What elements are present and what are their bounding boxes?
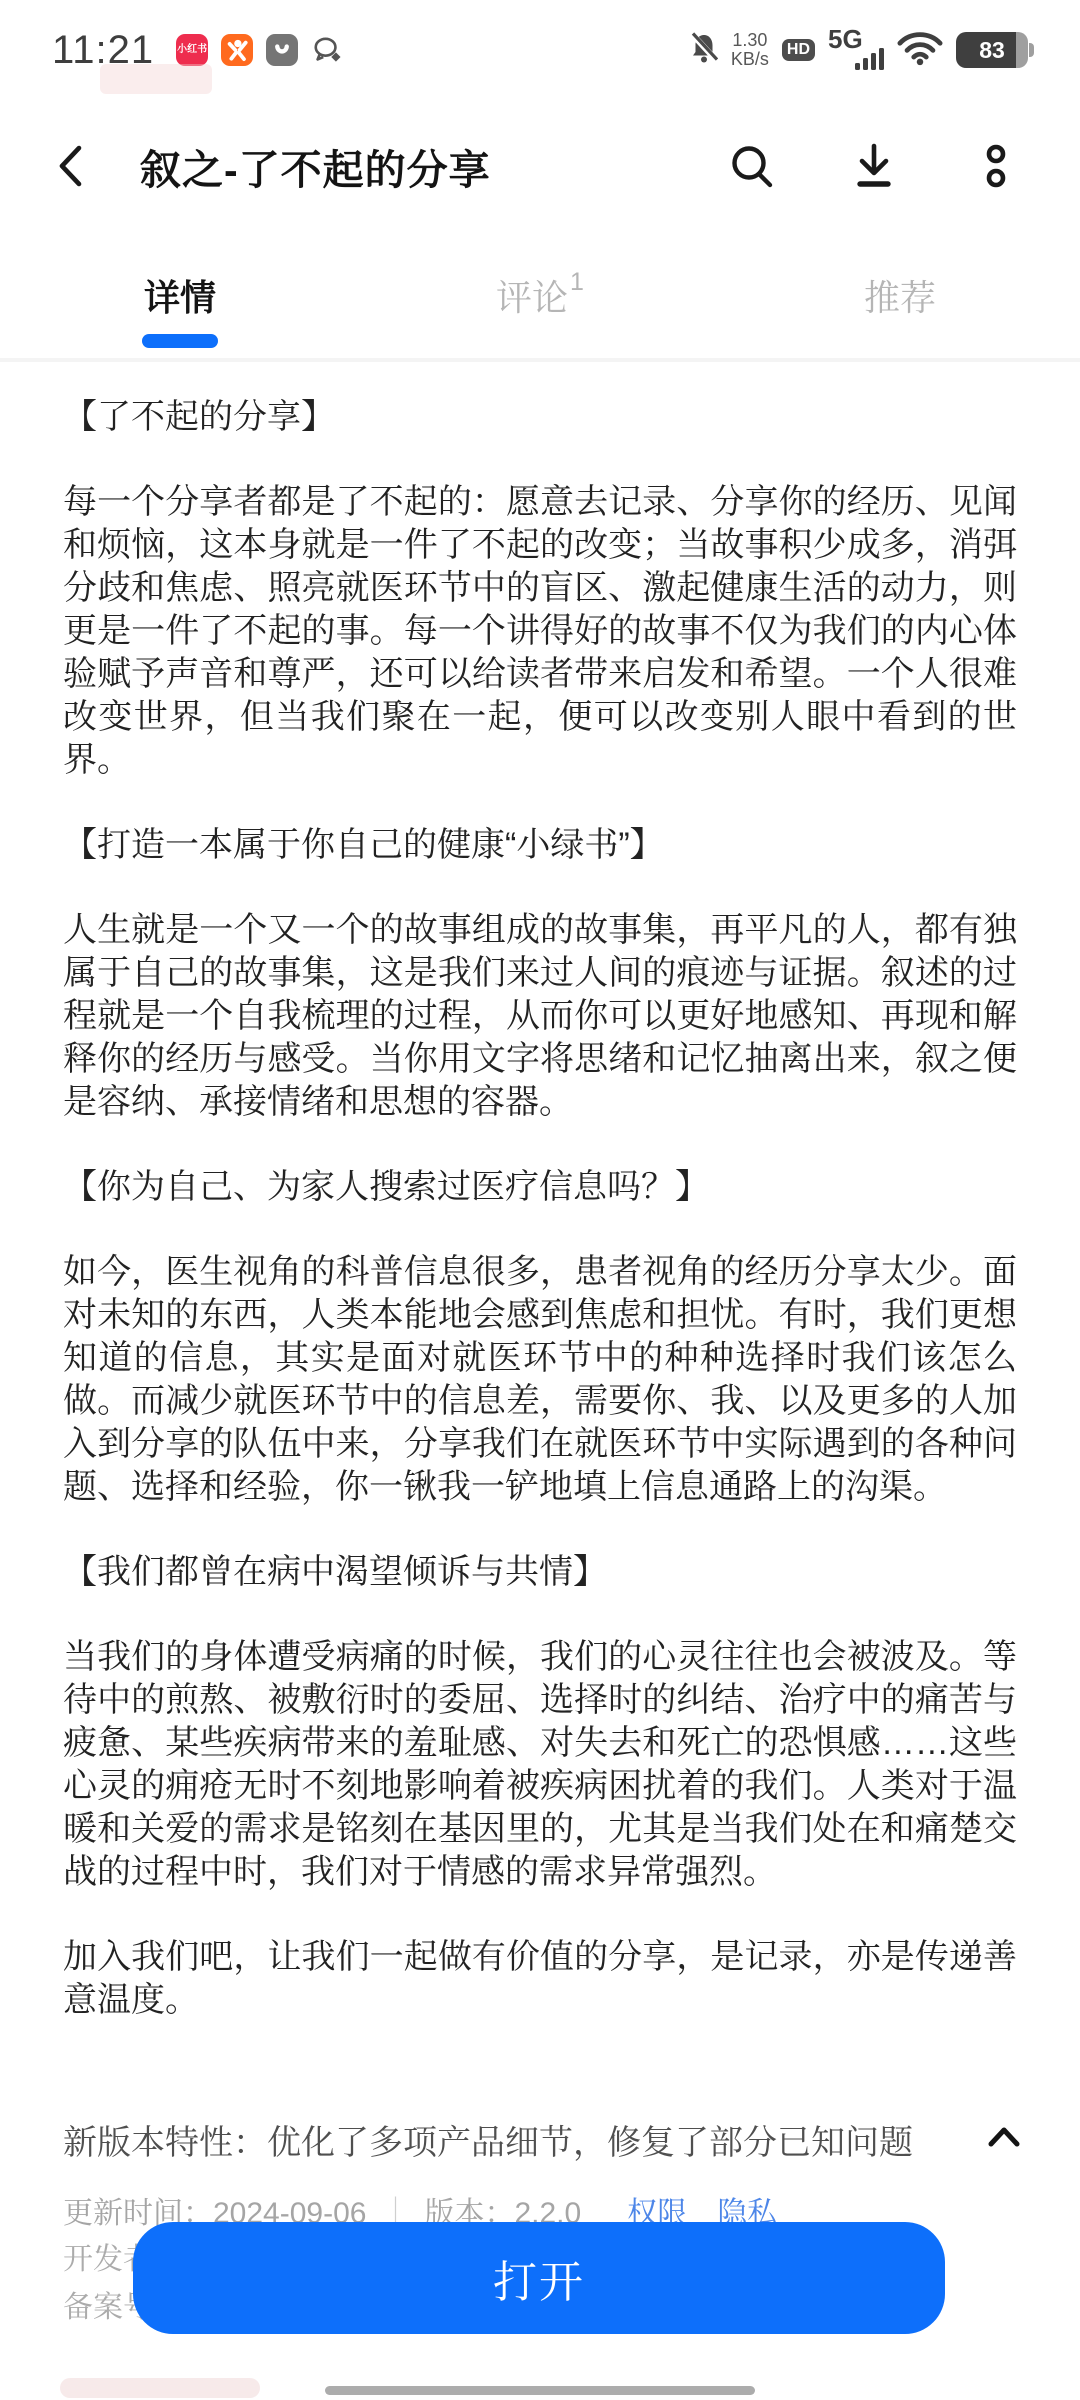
xiaohongshu-notification-icon: 小红书: [176, 34, 208, 66]
battery-indicator: 83: [956, 32, 1034, 68]
active-tab-underline: [142, 334, 218, 348]
home-indicator[interactable]: [325, 2386, 755, 2395]
paragraph: 如今，医生视角的科普信息很多，患者视角的经历分享太少。面对未知的东西，人类本能地…: [63, 1251, 1017, 1509]
tab-comments[interactable]: 评论 1: [360, 252, 720, 358]
more-options-button[interactable]: [968, 138, 1024, 194]
open-app-button-label: 打开: [493, 2246, 585, 2310]
comments-count-badge: 1: [570, 268, 584, 297]
open-app-button[interactable]: 打开: [133, 2222, 945, 2334]
back-button[interactable]: [44, 138, 100, 194]
section-heading: 【打造一本属于你自己的健康“小绿书”】: [63, 824, 1017, 867]
tab-bar: 详情 评论 1 推荐: [0, 252, 1080, 358]
paragraph: 每一个分享者都是了不起的：愿意去记录、分享你的经历、见闻和烦恼，这本身就是一件了…: [63, 481, 1017, 782]
tab-comments-label: 评论: [496, 270, 568, 321]
status-indicators: 1.30 KB/s HD 5G: [690, 28, 1034, 72]
search-button[interactable]: [724, 138, 780, 194]
app-bar: 叙之-了不起的分享: [0, 118, 1080, 214]
bottom-panel: 新版本特性：优化了多项产品细节，修复了部分已知问题 更新时间：2024-09-0…: [0, 2100, 1080, 2400]
section-heading: 【了不起的分享】: [63, 396, 1017, 439]
network-speed-unit: KB/s: [731, 50, 769, 69]
wifi-icon: [897, 29, 943, 72]
store-notification-icon: [266, 34, 298, 66]
messages-notification-icon: [311, 34, 343, 66]
network-speed-value: 1.30: [732, 31, 767, 50]
hd-badge: HD: [782, 39, 815, 61]
obscured-content-peek: [60, 2378, 260, 2398]
section-heading: 【我们都曾在病中渴望倾诉与共情】: [63, 1551, 1017, 1594]
tab-recommended-label: 推荐: [864, 270, 936, 321]
paragraph: 人生就是一个又一个的故事组成的故事集，再平凡的人，都有独属于自己的故事集，这是我…: [63, 909, 1017, 1124]
version-features-row: 新版本特性：优化了多项产品细节，修复了部分已知问题: [0, 2100, 1080, 2168]
download-button[interactable]: [846, 138, 902, 194]
section-heading: 【你为自己、为家人搜索过医疗信息吗？】: [63, 1166, 1017, 1209]
app-description: 【了不起的分享】 每一个分享者都是了不起的：愿意去记录、分享你的经历、见闻和烦恼…: [63, 362, 1017, 2100]
version-features-text: 新版本特性：优化了多项产品细节，修复了部分已知问题: [63, 2115, 913, 2164]
paragraph: 加入我们吧，让我们一起做有价值的分享，是记录，亦是传递善意温度。: [63, 1936, 1017, 2022]
tab-recommended[interactable]: 推荐: [720, 252, 1080, 358]
tab-details[interactable]: 详情: [0, 252, 360, 358]
battery-percent: 83: [956, 32, 1028, 68]
tab-details-label: 详情: [144, 270, 216, 321]
page-title: 叙之-了不起的分享: [140, 137, 491, 196]
ghost-artifact: [100, 64, 212, 94]
collapse-chevron-up-icon[interactable]: [984, 2123, 1024, 2156]
paragraph: 当我们的身体遭受病痛的时候，我们的心灵往往也会被波及。等待中的煎熬、被敷衍时的委…: [63, 1636, 1017, 1894]
mute-bell-icon: [690, 32, 718, 69]
battery-nub: [1029, 43, 1034, 57]
dianping-notification-icon: [221, 34, 253, 66]
notification-icons: 小红书: [176, 34, 343, 66]
signal-bars-icon: [855, 48, 884, 70]
network-speed: 1.30 KB/s: [731, 31, 769, 69]
app-detail-screen: 11:21 小红书: [0, 0, 1080, 2400]
cellular-signal: 5G: [828, 28, 884, 72]
